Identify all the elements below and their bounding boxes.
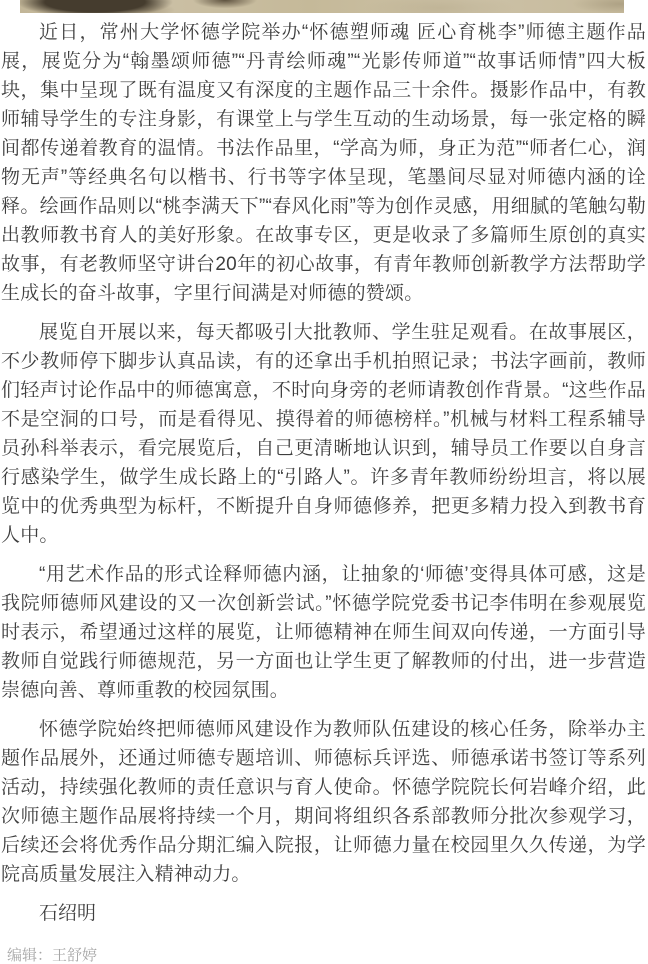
article-paragraph-3: “用艺术作品的形式诠释师德内涵，让抽象的‘师德’变得具体可感，这是我院师德师风建… bbox=[1, 560, 646, 705]
article-paragraph-4: 怀德学院始终把师德师风建设作为教师队伍建设的核心任务，除举办主题作品展外，还通过… bbox=[1, 715, 646, 889]
article-paragraph-2: 展览自开展以来，每天都吸引大批教师、学生驻足观看。在故事展区，不少教师停下脚步认… bbox=[1, 318, 646, 550]
author-signature: 石绍明 bbox=[1, 899, 646, 928]
article-paragraph-1: 近日，常州大学怀德学院举办“怀德塑师魂 匠心育桃李”师德主题作品展，展览分为“翰… bbox=[1, 18, 646, 308]
article-page: 近日，常州大学怀德学院举办“怀德塑师魂 匠心育桃李”师德主题作品展，展览分为“翰… bbox=[0, 0, 648, 964]
article-photo-cropped bbox=[20, 0, 624, 13]
article-body: 近日，常州大学怀德学院举办“怀德塑师魂 匠心育桃李”师德主题作品展，展览分为“翰… bbox=[0, 18, 648, 964]
editor-credit: 编辑：王舒婷 bbox=[7, 945, 646, 964]
